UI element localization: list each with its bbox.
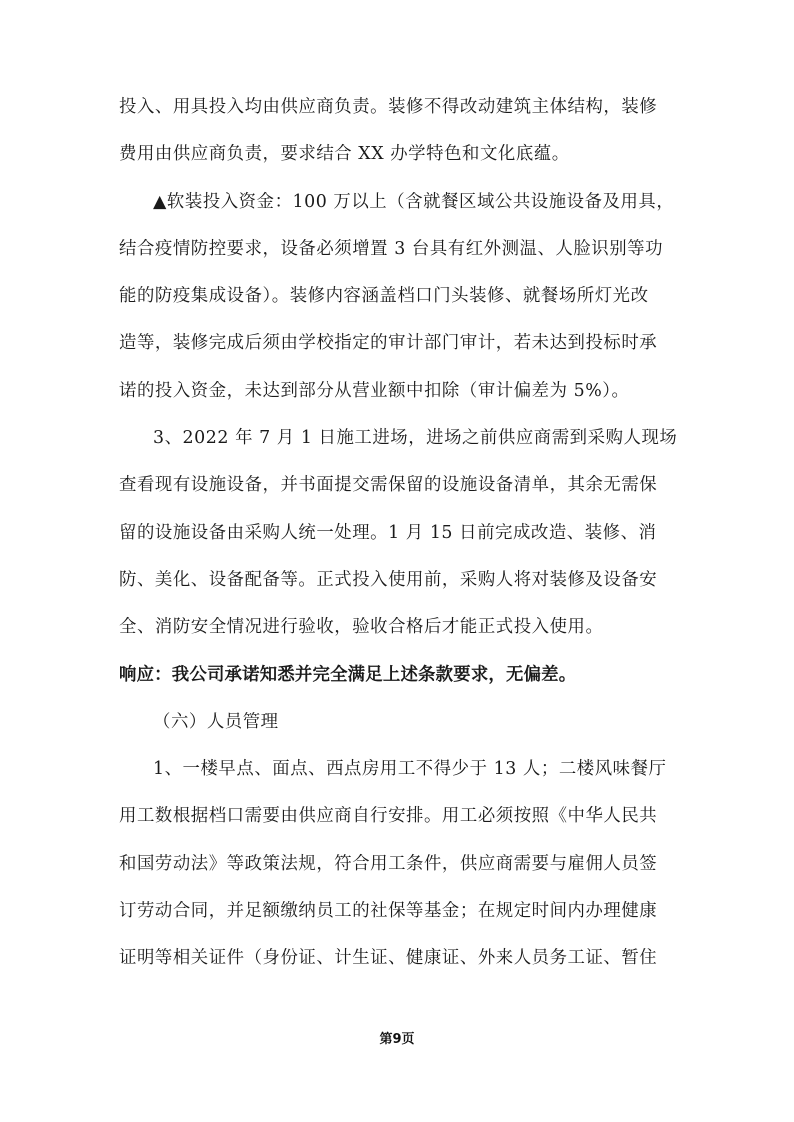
text-line: 3、2022 年 7 月 1 日施工进场，进场之前供应商需到采购人现场 [119,415,677,462]
text-line: 费用由供应商负责，要求结合 XX 办学特色和文化底蕴。 [119,131,677,178]
paragraph-1: 投入、用具投入均由供应商负责。装修不得改动建筑主体结构，装修 费用由供应商负责，… [119,84,677,179]
paragraph-construction-schedule: 3、2022 年 7 月 1 日施工进场，进场之前供应商需到采购人现场 查看现有… [119,415,677,651]
text-line: 证明等相关证件（身份证、计生证、健康证、外来人员务工证、暂住 [119,935,677,982]
text-line: 1、一楼早点、面点、西点房用工不得少于 13 人；二楼风味餐厅 [119,746,677,793]
text-line: 造等，装修完成后须由学校指定的审计部门审计，若未达到投标时承 [119,320,677,367]
text-line: 订劳动合同，并足额缴纳员工的社保等基金；在规定时间内办理健康 [119,888,677,935]
page-number: 第9页 [0,1028,794,1047]
paragraph-soft-decoration-funding: ▲软装投入资金：100 万以上（含就餐区域公共设施设备及用具， 结合疫情防控要求… [119,179,677,415]
text-line: ▲软装投入资金：100 万以上（含就餐区域公共设施设备及用具， [119,179,677,226]
paragraph-staffing: 1、一楼早点、面点、西点房用工不得少于 13 人；二楼风味餐厅 用工数根据档口需… [119,746,677,982]
text-line: 留的设施设备由采购人统一处理。1 月 15 日前完成改造、装修、消 [119,510,677,557]
text-line: 结合疫情防控要求，设备必须增置 3 台具有红外测温、人脸识别等功 [119,226,677,273]
response-statement: 响应：我公司承诺知悉并完全满足上述条款要求，无偏差。 [119,652,677,699]
text-line: 投入、用具投入均由供应商负责。装修不得改动建筑主体结构，装修 [119,84,677,131]
text-line: 能的防疫集成设备）。装修内容涵盖档口门头装修、就餐场所灯光改 [119,273,677,320]
section-heading-personnel-management: （六）人员管理 [119,699,677,746]
document-page: 投入、用具投入均由供应商负责。装修不得改动建筑主体结构，装修 费用由供应商负责，… [119,84,677,983]
text-line: 全、消防安全情况进行验收，验收合格后才能正式投入使用。 [119,604,677,651]
text-line: 和国劳动法》等政策法规，符合用工条件，供应商需要与雇佣人员签 [119,841,677,888]
text-line: 防、美化、设备配备等。正式投入使用前，采购人将对装修及设备安 [119,557,677,604]
text-line: 查看现有设施设备，并书面提交需保留的设施设备清单，其余无需保 [119,462,677,509]
text-line: 诺的投入资金，未达到部分从营业额中扣除（审计偏差为 5%）。 [119,368,677,415]
section-heading: （六）人员管理 [119,699,677,746]
text-line: 响应：我公司承诺知悉并完全满足上述条款要求，无偏差。 [119,652,677,699]
text-line: 用工数根据档口需要由供应商自行安排。用工必须按照《中华人民共 [119,793,677,840]
